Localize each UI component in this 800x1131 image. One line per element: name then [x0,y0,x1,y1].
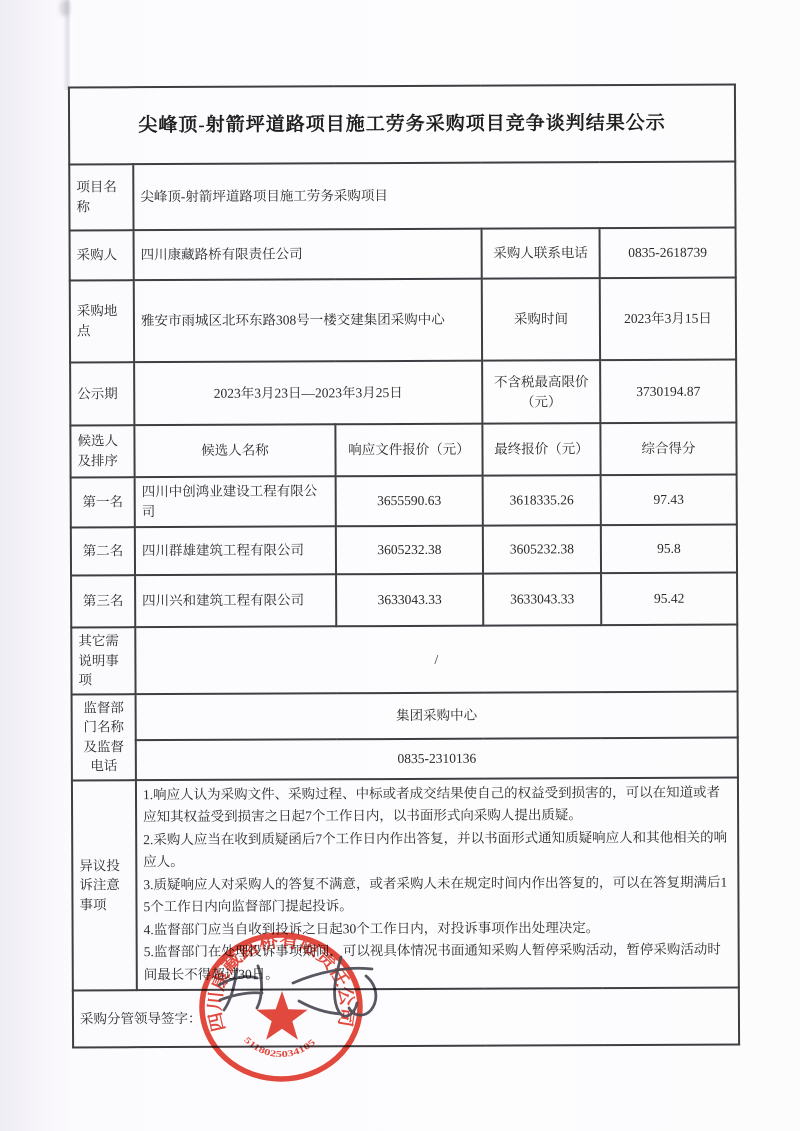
candidate-final: 3618335.26 [483,475,601,526]
objection-item: 1.响应人认为采购文件、采购过程、中标或者成交结果使自己的权益受到损害的，可以在… [143,782,731,830]
time-label: 采购时间 [482,278,600,361]
max-price-value: 3730194.87 [600,360,736,424]
candidate-final: 3605232.38 [483,525,601,574]
signature-row: 采购分管领导签字： [73,988,739,1048]
objection-item: 2.采购人应当在收到质疑函后7个工作日内作出答复，并以书面形式通知质疑响应人和其… [143,827,731,875]
document-page: { "doc": { "title": "尖峰顶-射箭坪道路项目施工劳务采购项目… [0,0,800,1131]
table-row: 采购地点 雅安市雨城区北环东路308号一楼交建集团采购中心 采购时间 2023年… [70,278,736,363]
supervision-label: 监督部门名称及监督电话 [72,694,136,781]
candidate-bid: 3655590.63 [336,476,483,527]
candidate-bid: 3605232.38 [336,526,483,575]
other-notes-value: / [135,625,737,694]
time-value: 2023年3月15日 [600,278,736,361]
objection-label: 异议投诉注意事项 [72,780,137,991]
supervision-department: 集团采购中心 [136,691,738,740]
purchaser-value: 四川康藏路桥有限责任公司 [134,229,482,281]
project-name-value: 尖峰顶-射箭坪道路项目施工劳务采购项目 [133,162,735,231]
candidate-score: 95.42 [601,573,737,626]
table-row: 0835-2310136 [72,737,738,780]
table-row: 尖峰顶-射箭坪道路项目施工劳务采购项目竞争谈判结果公示 [69,85,735,165]
objection-item: 5.监督部门在处理投诉事项期间，可以视具体情况书面通知采购人暂停采购活动，暂停采… [144,939,732,987]
purchaser-phone-label: 采购人联系电话 [482,228,600,279]
location-label: 采购地点 [70,280,134,362]
purchaser-label: 采购人 [70,230,134,280]
result-table: 尖峰顶-射箭坪道路项目施工劳务采购项目竞争谈判结果公示 项目名称 尖峰顶-射箭坪… [68,84,740,1049]
table-row: 监督部门名称及监督电话 集团采购中心 [72,691,738,740]
candidate-score: 95.8 [601,525,737,574]
scan-smudge [60,0,70,16]
candidate-row: 第二名 四川群雄建筑工程有限公司 3605232.38 3605232.38 9… [71,525,737,576]
project-name-label: 项目名称 [69,164,133,230]
supervision-phone: 0835-2310136 [136,737,738,780]
table-row: 项目名称 尖峰顶-射箭坪道路项目施工劳务采购项目 [69,162,735,231]
publicity-period-value: 2023年3月23日—2023年3月25日 [134,361,482,426]
objection-item: 3.质疑响应人对采购人的答复不满意，或者采购人未在规定时间内作出答复的，可以在答… [143,872,731,920]
score-column-header: 综合得分 [600,423,736,476]
name-column-header: 候选人名称 [134,424,335,477]
candidate-score: 97.43 [601,475,737,526]
table-row: 异议投诉注意事项 1.响应人认为采购文件、采购过程、中标或者成交结果使自己的权益… [72,777,739,990]
other-notes-label: 其它需说明事项 [71,627,135,694]
location-value: 雅安市雨城区北环东路308号一楼交建集团采购中心 [134,279,482,363]
purchaser-phone-value: 0835-2618739 [600,228,736,279]
table-row: 公示期 2023年3月23日—2023年3月25日 不含税最高限价（元） 373… [70,360,736,426]
candidate-rank: 第三名 [71,575,135,627]
candidate-bid: 3633043.33 [336,574,483,627]
candidate-rank: 第二名 [71,527,135,575]
candidate-name: 四川群雄建筑工程有限公司 [135,526,336,575]
table-header-row: 候选人及排序 候选人名称 响应文件报价（元） 最终报价（元） 综合得分 [70,423,736,478]
publicity-period-label: 公示期 [70,362,134,425]
candidate-name: 四川兴和建筑工程有限公司 [135,574,336,627]
final-column-header: 最终报价（元） [482,423,600,476]
candidate-row: 第三名 四川兴和建筑工程有限公司 3633043.33 3633043.33 9… [71,573,737,628]
candidate-row: 第一名 四川中创鸿业建设工程有限公司 3655590.63 3618335.26… [71,475,737,528]
max-price-label: 不含税最高限价（元） [482,360,600,424]
candidate-final: 3633043.33 [483,573,601,626]
candidate-rank: 第一名 [71,477,135,527]
rank-column-header: 候选人及排序 [70,425,134,477]
signature-label: 采购分管领导签字： [73,988,739,1048]
candidate-name: 四川中创鸿业建设工程有限公司 [135,476,336,527]
objection-notice: 1.响应人认为采购文件、采购过程、中标或者成交结果使自己的权益受到损害的，可以在… [136,777,739,990]
objection-item: 4.监督部门应当自收到投诉之日起30个工作日内，对投诉事项作出处理决定。 [144,917,732,942]
table-row: 其它需说明事项 / [71,625,737,695]
bid-column-header: 响应文件报价（元） [335,424,482,477]
table-row: 采购人 四川康藏路桥有限责任公司 采购人联系电话 0835-2618739 [70,228,736,281]
page-title: 尖峰顶-射箭坪道路项目施工劳务采购项目竞争谈判结果公示 [69,85,735,165]
